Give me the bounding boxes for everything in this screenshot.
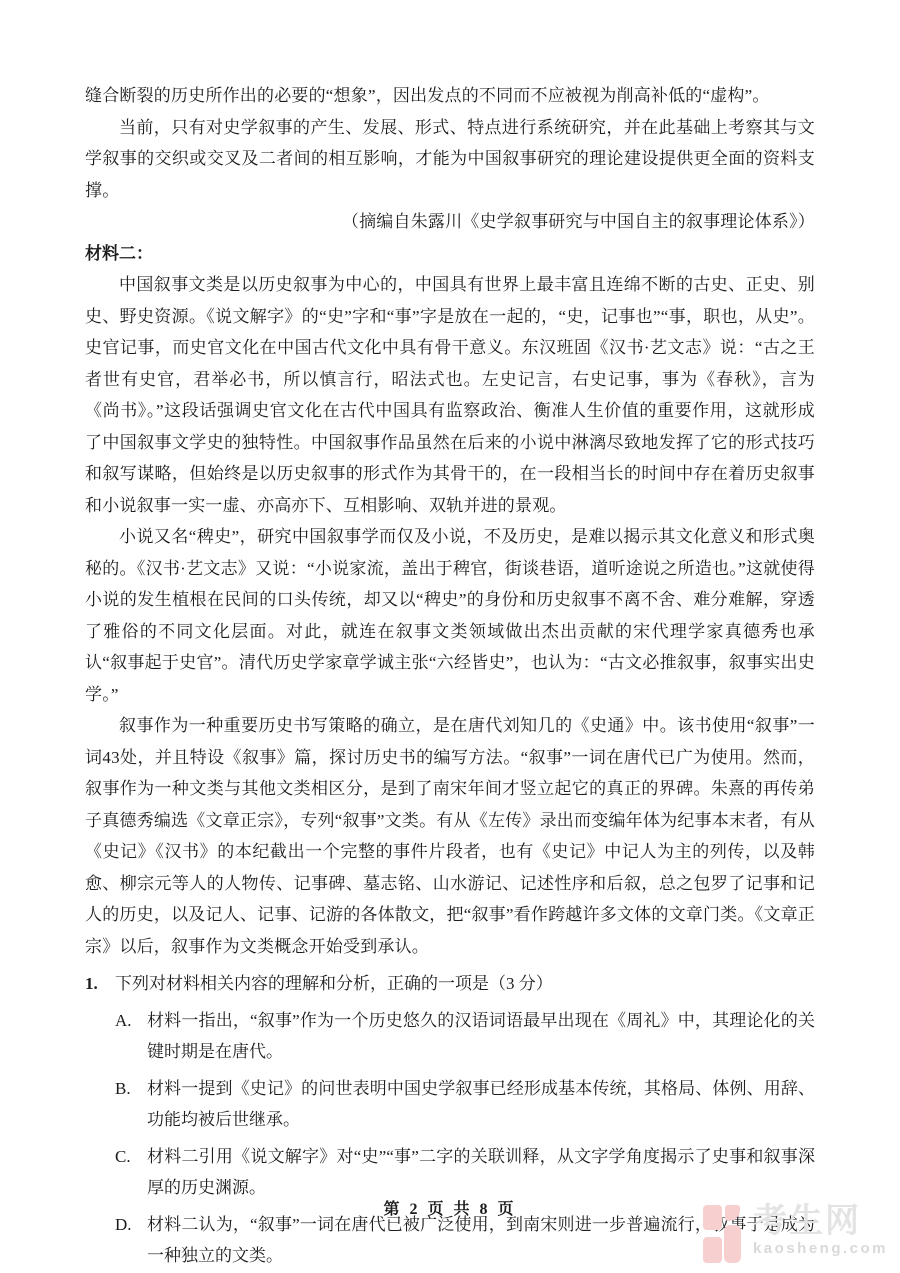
material-one-continuation-text: 缝合断裂的历史所作出的必要的“想象”，因出发点的不同而不应被视为削高补低的“虚构… bbox=[85, 80, 815, 112]
watermark-site-url: kaosheng.com bbox=[753, 1239, 888, 1259]
material-two-paragraph-2: 小说又名“稗史”，研究中国叙事学而仅及小说，不及历史，是难以揭示其文化意义和形式… bbox=[85, 521, 815, 710]
material-one-attribution: （摘编自朱露川《史学叙事研究与中国自主的叙事理论体系》） bbox=[85, 206, 815, 238]
exam-paper-page: 缝合断裂的历史所作出的必要的“想象”，因出发点的不同而不应被视为削高补低的“虚构… bbox=[0, 0, 900, 1273]
material-one-closing-paragraph: 当前，只有对史学叙事的产生、发展、形式、特点进行系统研究，并在此基础上考察其与文… bbox=[85, 112, 815, 207]
watermark-site-name: 考生网 bbox=[753, 1203, 888, 1239]
question-1-option-a: A. 材料一指出，“叙事”作为一个历史悠久的汉语词语最早出现在《周礼》中，其理论… bbox=[115, 1005, 815, 1068]
logo-block-top-left bbox=[703, 1205, 722, 1230]
option-c-text: 材料二引用《说文解字》对“史”“事”二字的关联训释，从文字学角度揭示了史事和叙事… bbox=[147, 1141, 815, 1204]
question-stem: 下列对材料相关内容的理解和分析，正确的一项是（3 分） bbox=[115, 968, 815, 1000]
option-b-label: B. bbox=[115, 1073, 147, 1136]
kaosheng-logo-text: 考生网 kaosheng.com bbox=[753, 1203, 888, 1259]
logo-block-top-right bbox=[725, 1205, 740, 1221]
question-1-stem-row: 1. 下列对材料相关内容的理解和分析，正确的一项是（3 分） bbox=[85, 968, 815, 1000]
question-1-option-c: C. 材料二引用《说文解字》对“史”“事”二字的关联训释，从文字学角度揭示了史事… bbox=[115, 1141, 815, 1204]
material-two-heading: 材料二： bbox=[85, 238, 815, 270]
kaosheng-logo-icon bbox=[703, 1203, 743, 1263]
question-1-option-b: B. 材料一提到《史记》的问世表明中国史学叙事已经形成基本传统，其格局、体例、用… bbox=[115, 1073, 815, 1136]
logo-block-bottom-left bbox=[703, 1237, 722, 1263]
logo-block-right-bar bbox=[724, 1225, 741, 1263]
material-two-paragraph-3: 叙事作为一种重要历史书写策略的确立，是在唐代刘知几的《史通》中。该书使用“叙事”… bbox=[85, 710, 815, 962]
option-c-label: C. bbox=[115, 1141, 147, 1204]
kaosheng-watermark: 考生网 kaosheng.com bbox=[703, 1203, 888, 1263]
option-a-label: A. bbox=[115, 1005, 147, 1068]
option-b-text: 材料一提到《史记》的问世表明中国史学叙事已经形成基本传统，其格局、体例、用辞、功… bbox=[147, 1073, 815, 1136]
page-content: 缝合断裂的历史所作出的必要的“想象”，因出发点的不同而不应被视为削高补低的“虚构… bbox=[85, 80, 815, 1272]
question-number: 1. bbox=[85, 968, 115, 1000]
material-two-paragraph-1: 中国叙事文类是以历史叙事为中心的，中国具有世界上最丰富且连绵不断的古史、正史、别… bbox=[85, 269, 815, 521]
option-a-text: 材料一指出，“叙事”作为一个历史悠久的汉语词语最早出现在《周礼》中，其理论化的关… bbox=[147, 1005, 815, 1068]
